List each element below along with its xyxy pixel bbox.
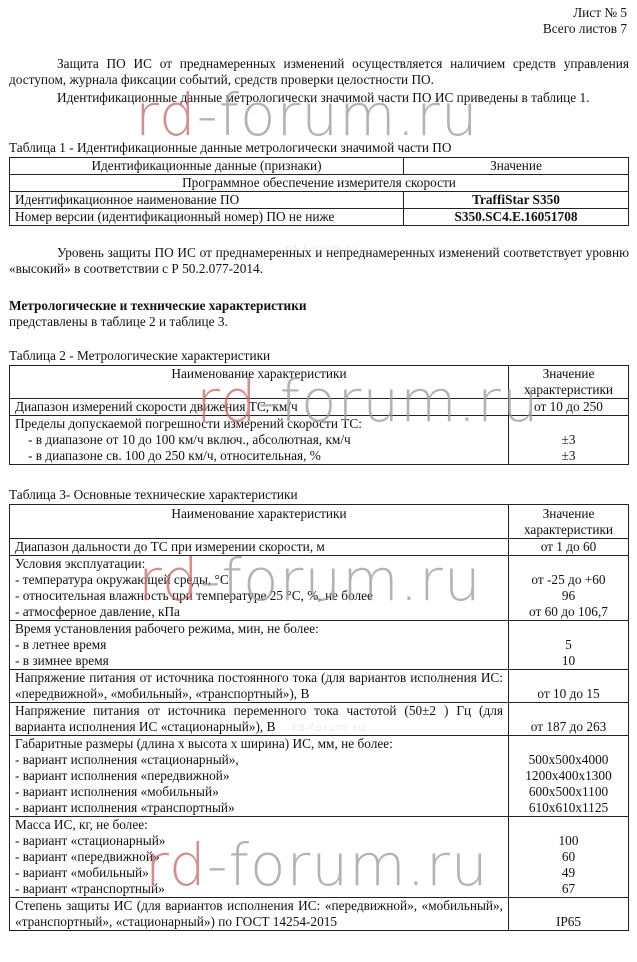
table3-warmup-name: Время установления рабочего режима, мин,…	[10, 621, 509, 670]
table1-caption: Таблица 1 - Идентификационные данные мет…	[9, 140, 451, 156]
table3-ip-name: Степень защиты ИС (для вариантов исполне…	[10, 898, 509, 931]
table1-span-cell: Программное обеспечение измерителя скоро…	[10, 175, 629, 192]
table-row: Идентификационное наименование ПО Traffi…	[10, 192, 629, 209]
table3-warmup-values: 5 10	[509, 621, 629, 670]
sheet-number: Лист № 5 Всего листов 7	[543, 5, 627, 37]
table3-mass-values: 100 60 49 67	[509, 817, 629, 898]
table1: Идентификационные данные (признаки) Знач…	[9, 157, 629, 226]
table-row: Номер версии (идентификационный номер) П…	[10, 209, 629, 226]
table2-row2-values: ±3 ±3	[509, 416, 629, 465]
table3-dimensions-values: 500x500x4000 1200x400x1300 600x500x1100 …	[509, 736, 629, 817]
table2-header-name: Наименование характеристики	[10, 366, 509, 399]
table3-header-value: Значение характеристики	[509, 505, 629, 539]
table-row: Напряжение питания от источника постоянн…	[10, 670, 629, 703]
table1-header-value: Значение	[404, 158, 629, 175]
table3-header-name: Наименование характеристики	[10, 505, 509, 539]
protection-paragraph: Уровень защиты ПО ИС от преднамеренных и…	[9, 245, 629, 277]
table2-header-value: Значение характеристики	[509, 366, 629, 399]
table3-caption: Таблица 3- Основные технические характер…	[9, 487, 298, 503]
table1-row2-value: S350.SC4.E.16051708	[404, 209, 629, 226]
table2-row1-value: от 10 до 250	[509, 399, 629, 416]
table-row: Масса ИС, кг, не более: - вариант «стаци…	[10, 817, 629, 898]
sheet-label: Лист № 5	[543, 5, 627, 21]
table-row: Напряжение питания от источника переменн…	[10, 703, 629, 736]
table3: Наименование характеристики Значение хар…	[9, 504, 629, 931]
table3-conditions-values: от -25 до +60 96 от 60 до 106,7	[509, 556, 629, 621]
table2-header-row: Наименование характеристики Значение хар…	[10, 366, 629, 399]
table3-range-name: Диапазон дальности до ТС при измерении с…	[10, 539, 509, 556]
section-subtitle: представлены в таблице 2 и таблице 3.	[9, 314, 228, 330]
table3-dc-voltage-value: от 10 до 15	[509, 670, 629, 703]
sheets-total-label: Всего листов 7	[543, 21, 627, 37]
table-row: Условия эксплуатации: - температура окру…	[10, 556, 629, 621]
table3-ac-voltage-value: от 187 до 263	[509, 703, 629, 736]
table1-row1-value: TraffiStar S350	[404, 192, 629, 209]
table1-row2-name: Номер версии (идентификационный номер) П…	[10, 209, 404, 226]
table3-conditions-name: Условия эксплуатации: - температура окру…	[10, 556, 509, 621]
table2-caption: Таблица 2 - Метрологические характеристи…	[9, 348, 270, 364]
table-row: Время установления рабочего режима, мин,…	[10, 621, 629, 670]
intro-paragraph-2: Идентификационные данные метрологически …	[9, 90, 629, 106]
table3-mass-name: Масса ИС, кг, не более: - вариант «стаци…	[10, 817, 509, 898]
table2: Наименование характеристики Значение хар…	[9, 365, 629, 465]
table3-ip-value: IP65	[509, 898, 629, 931]
table2-row1-name: Диапазон измерений скорости движения ТС,…	[10, 399, 509, 416]
table-row: Пределы допускаемой погрешности измерени…	[10, 416, 629, 465]
table1-header-row: Идентификационные данные (признаки) Знач…	[10, 158, 629, 175]
section-title: Метрологические и технические характерис…	[9, 298, 307, 314]
table3-ac-voltage-name: Напряжение питания от источника переменн…	[10, 703, 509, 736]
table1-span-row: Программное обеспечение измерителя скоро…	[10, 175, 629, 192]
table3-dimensions-name: Габаритные размеры (длина х высота х шир…	[10, 736, 509, 817]
table3-range-value: от 1 до 60	[509, 539, 629, 556]
table1-header-name: Идентификационные данные (признаки)	[10, 158, 404, 175]
table2-row2-name: Пределы допускаемой погрешности измерени…	[10, 416, 509, 465]
table1-row1-name: Идентификационное наименование ПО	[10, 192, 404, 209]
table3-dc-voltage-name: Напряжение питания от источника постоянн…	[10, 670, 509, 703]
table-row: Степень защиты ИС (для вариантов исполне…	[10, 898, 629, 931]
table3-header-row: Наименование характеристики Значение хар…	[10, 505, 629, 539]
table-row: Диапазон измерений скорости движения ТС,…	[10, 399, 629, 416]
intro-paragraph-1: Защита ПО ИС от преднамеренных изменений…	[9, 56, 629, 88]
table-row: Габаритные размеры (длина х высота х шир…	[10, 736, 629, 817]
table-row: Диапазон дальности до ТС при измерении с…	[10, 539, 629, 556]
